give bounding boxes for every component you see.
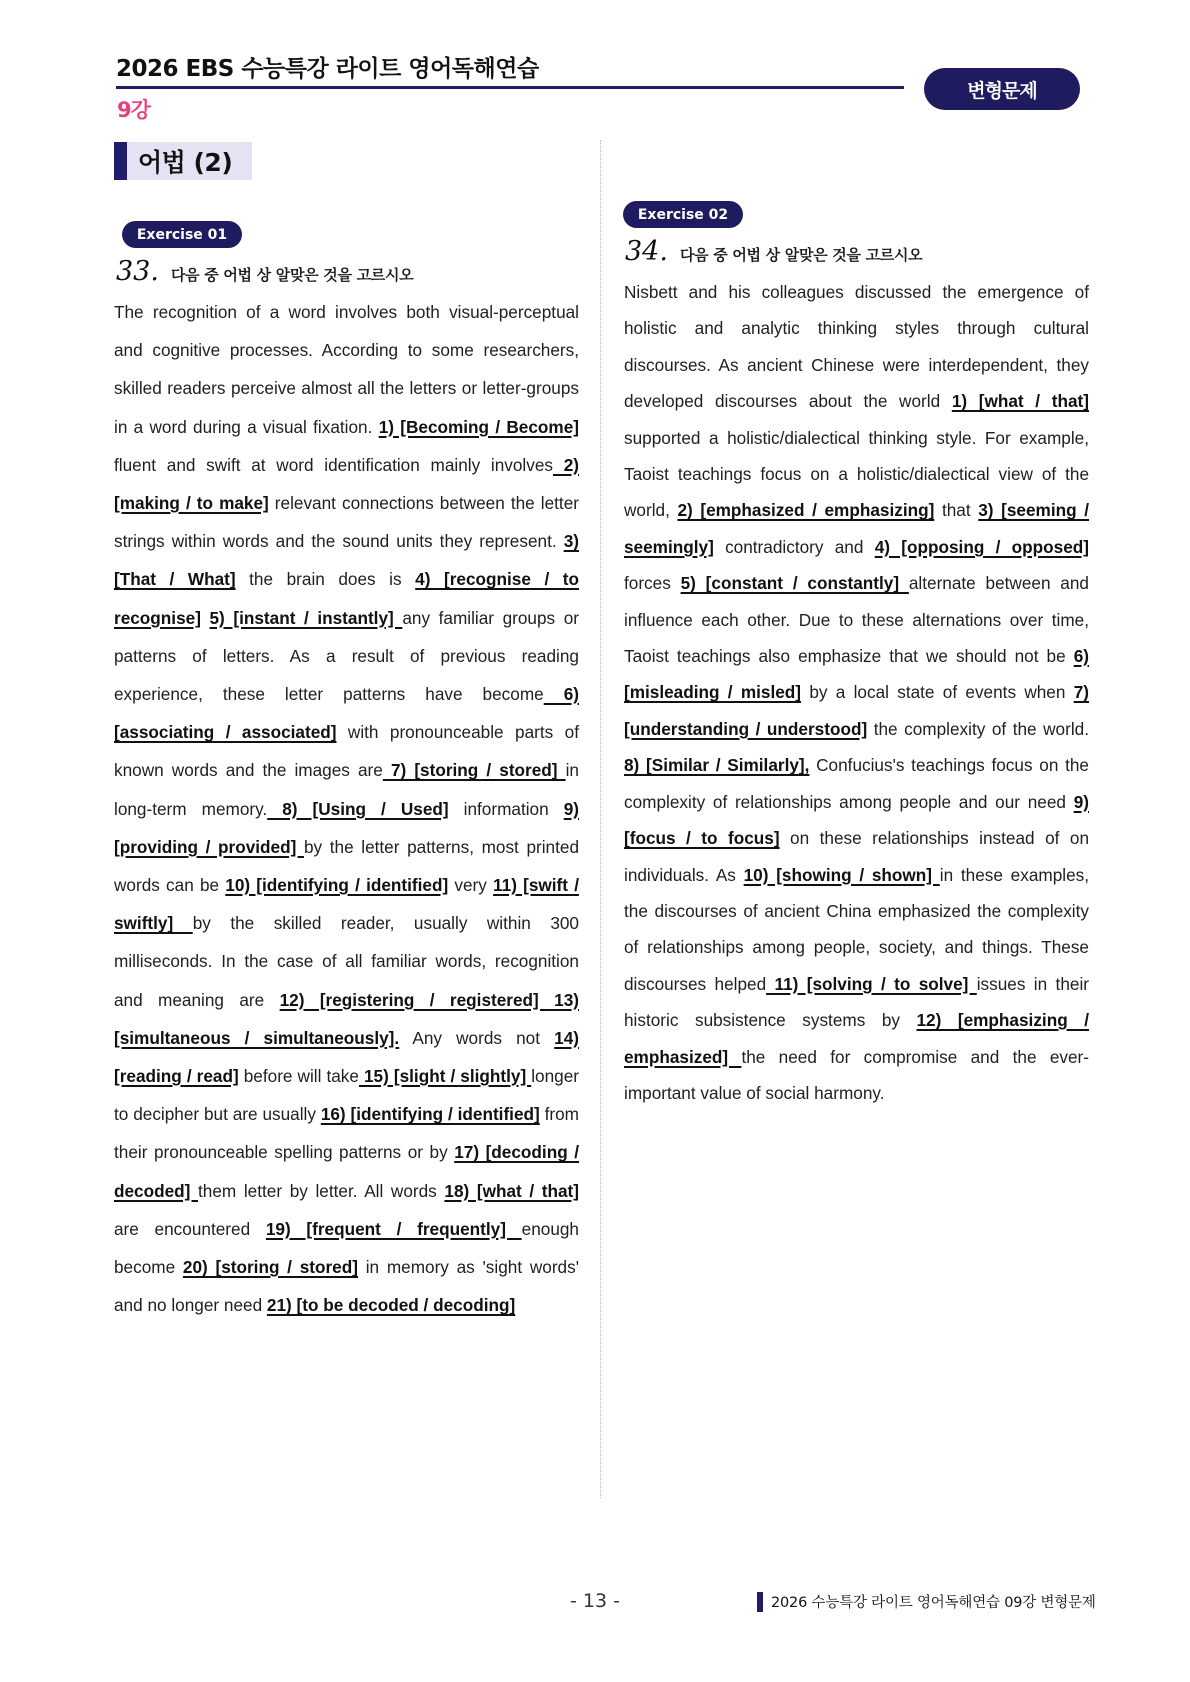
question-number: 33. [116, 256, 159, 287]
lesson-label: 9강 [117, 94, 150, 124]
answer-choice-blank: 5) [constant / constantly] [681, 573, 909, 593]
footer: 2026 수능특강 라이트 영어독해연습 09강 변형문제 [757, 1591, 1096, 1612]
question-34-heading: 34. 다음 중 어법 상 알맞은 것을 고르시오 [625, 236, 922, 267]
passage-text: information [449, 799, 564, 819]
question-number: 34. [625, 236, 668, 267]
answer-choice-blank: 1) [what / that] [952, 391, 1089, 411]
section-accent-bar [114, 142, 127, 180]
passage-text: Any words not [399, 1028, 554, 1048]
passage-text: fluent and swift at word identification … [114, 455, 553, 475]
answer-choice-blank: 18) [what / that] [444, 1181, 579, 1201]
answer-choice-blank: 20) [storing / stored] [183, 1257, 358, 1277]
passage-text [201, 608, 210, 628]
column-divider [600, 140, 601, 1498]
answer-choice-blank: 16) [identifying / identified] [321, 1104, 540, 1124]
section-heading: 어법 (2) [114, 142, 252, 180]
passage-exercise-02: Nisbett and his colleagues discussed the… [624, 274, 1089, 1111]
exercise-02-label: Exercise 02 [623, 201, 743, 228]
answer-choice-blank: 11) [solving / to solve] [766, 974, 977, 994]
question-instruction: 다음 중 어법 상 알맞은 것을 고르시오 [680, 244, 922, 265]
footer-label: 2026 수능특강 라이트 영어독해연습 09강 변형문제 [771, 1591, 1096, 1612]
passage-text: the complexity of the world. [867, 719, 1089, 739]
answer-choice-blank: 7) [storing / stored] [383, 760, 566, 780]
passage-text: by a local state of events when [801, 682, 1074, 702]
passage-text: contradictory and [714, 537, 875, 557]
passage-text: before will take [239, 1066, 359, 1086]
answer-choice-blank: 2) [emphasized / emphasizing] [677, 500, 934, 520]
document-title: 2026 EBS 수능특강 라이트 영어독해연습 [116, 50, 539, 83]
answer-choice-blank: 10) [identifying / identified] [225, 875, 448, 895]
answer-choice-blank: 5) [instant / instantly] [210, 608, 403, 628]
header-rule [116, 86, 904, 89]
answer-choice-blank: 19) [frequent / frequently] [266, 1219, 522, 1239]
section-title: 어법 (2) [138, 143, 232, 179]
passage-text: them letter by letter. All words [198, 1181, 444, 1201]
exercise-01-label: Exercise 01 [122, 221, 242, 248]
answer-choice-blank: 15) [slight / slightly] [359, 1066, 531, 1086]
variant-badge: 변형문제 [924, 68, 1080, 110]
answer-choice-blank: 4) [opposing / opposed] [875, 537, 1089, 557]
passage-text: very [448, 875, 493, 895]
footer-accent-bar [757, 1592, 763, 1612]
answer-choice-blank: 1) [Becoming / Become] [379, 417, 579, 437]
passage-exercise-01: The recognition of a word involves both … [114, 293, 579, 1324]
passage-text: the brain does is [236, 569, 416, 589]
answer-choice-blank: 8) [Using / Used] [267, 799, 448, 819]
answer-choice-blank: 10) [showing / shown] [744, 865, 940, 885]
answer-choice-blank: 21) [to be decoded / decoding] [267, 1295, 515, 1315]
question-instruction: 다음 중 어법 상 알맞은 것을 고르시오 [171, 264, 413, 285]
passage-text: are encountered [114, 1219, 266, 1239]
page-number: - 13 - [570, 1590, 620, 1612]
question-33-heading: 33. 다음 중 어법 상 알맞은 것을 고르시오 [116, 256, 413, 287]
passage-text: that [934, 500, 978, 520]
answer-choice-blank: 8) [Similar / Similarly], [624, 755, 809, 775]
passage-text: forces [624, 573, 681, 593]
